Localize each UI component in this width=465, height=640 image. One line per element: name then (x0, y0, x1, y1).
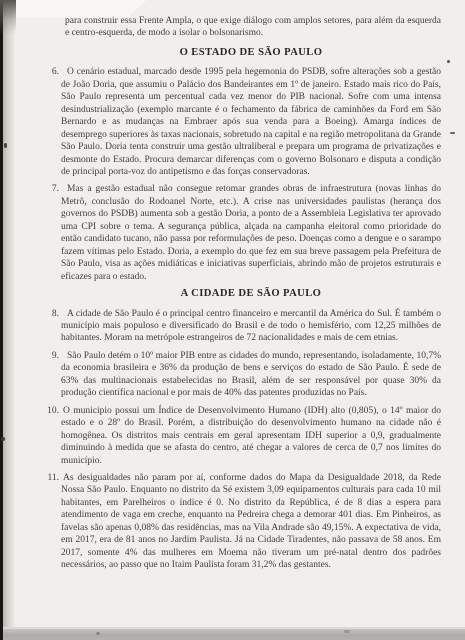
intro-continuation-paragraph: para construir essa Frente Ampla, o que … (61, 15, 441, 40)
section-heading-cidade-sao-paulo: A CIDADE DE SÃO PAULO (61, 288, 441, 300)
document-text-column: para construir essa Frente Ampla, o que … (61, 15, 441, 577)
item-number: 11. (47, 472, 61, 484)
list-item-8: 8. A cidade de São Paulo é o principal c… (61, 308, 441, 345)
scan-left-edge-shadow (0, 0, 3, 640)
scan-left-corner-shadow (0, 0, 16, 34)
item-text: As desigualdades não param por aí, confo… (61, 472, 441, 572)
scan-speck (96, 632, 100, 635)
item-number: 10. (47, 405, 61, 417)
scanned-document-page: para construir essa Frente Ampla, o que … (0, 0, 465, 640)
list-item-9: 9. São Paulo detém o 10º maior PIB entre… (61, 350, 441, 400)
item-text: A cidade de São Paulo é o principal cent… (61, 308, 441, 345)
scan-speck (1, 437, 5, 441)
item-text: Mas a gestão estadual não consegue retom… (61, 183, 441, 283)
list-item-6: 6. O cenário estadual, marcado desde 199… (61, 66, 441, 178)
item-number: 8. (52, 308, 61, 320)
item-number: 7. (52, 183, 61, 195)
list-item-10: 10. O município possui um Índice de Dese… (61, 405, 441, 467)
item-text: O município possui um Índice de Desenvol… (61, 405, 441, 467)
scan-bottom-band (0, 629, 465, 640)
scan-speck (450, 132, 455, 134)
item-text: O cenário estadual, marcado desde 1995 p… (61, 66, 441, 178)
list-item-7: 7. Mas a gestão estadual não consegue re… (61, 183, 441, 283)
section-heading-estado-sao-paulo: O ESTADO DE SÃO PAULO (61, 47, 441, 59)
scan-speck (4, 143, 7, 148)
item-text: São Paulo detém o 10º maior PIB entre as… (61, 350, 441, 400)
scan-left-edge-band (3, 0, 14, 640)
scan-speck (344, 630, 350, 633)
scan-speck (447, 60, 450, 63)
list-item-11: 11. As desigualdades não param por aí, c… (61, 472, 441, 572)
item-number: 9. (52, 350, 61, 362)
item-number: 6. (52, 66, 61, 78)
